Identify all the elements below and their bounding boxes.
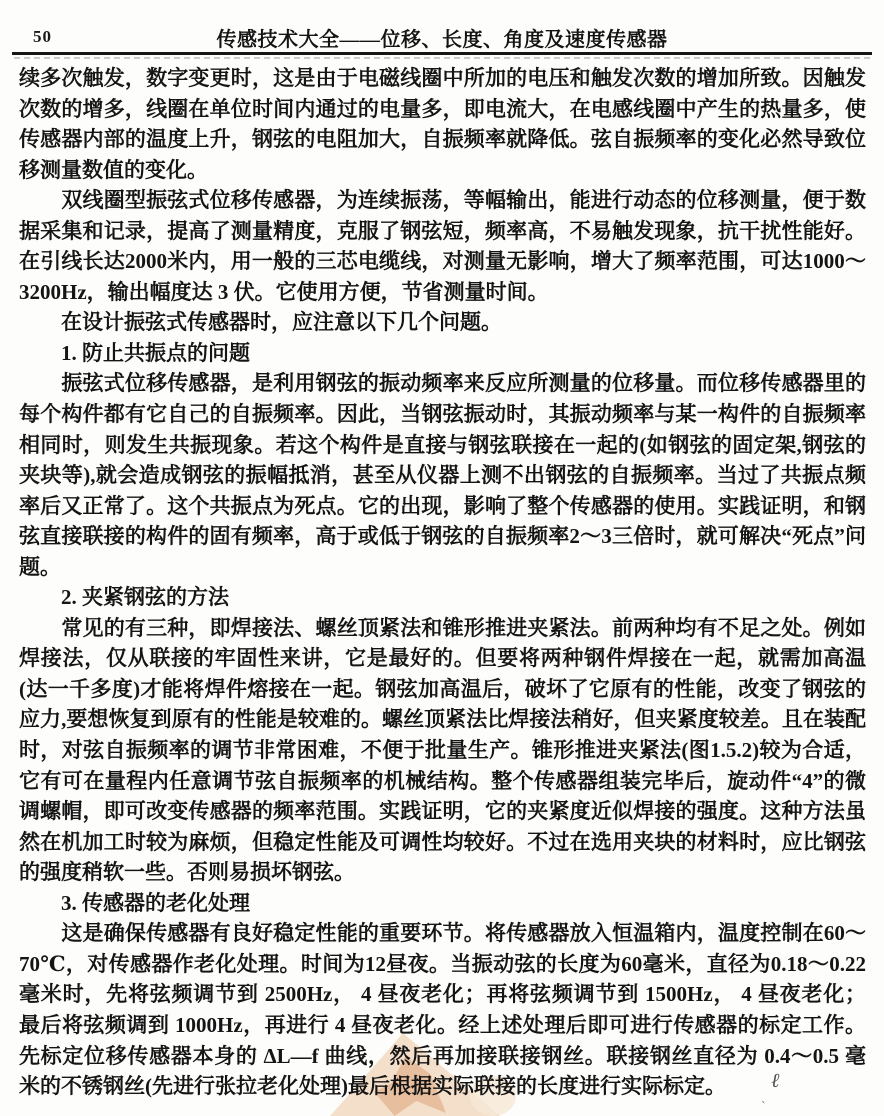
text-line: (达一千多度)才能将焊件熔接在一起。钢弦加高温后，破坏了它原有的性能，改变了钢弦… xyxy=(19,674,866,705)
text-line: 应力,要想恢复到原有的性能是较难的。螺丝顶紧法比焊接法稍好，但夹紧度较差。且在装… xyxy=(19,704,866,735)
page-header: 50 传感技术大全——位移、长度、角度及速度传感器 xyxy=(0,23,884,49)
text-line: 常见的有三种，即焊接法、螺丝顶紧法和锥形推进夹紧法。前两种均有不足之处。例如 xyxy=(19,613,866,644)
speck-artifact-mark: ˋ xyxy=(759,1100,766,1116)
text-line: 最后将弦频调到 1000Hz，再进行 4 昼夜老化。经上述处理后即可进行传感器的… xyxy=(19,1010,866,1041)
text-line: 在引线长达2000米内，用一般的三芯电缆线，对测量无影响，增大了频率范围，可达1… xyxy=(19,246,866,277)
text-line: 据采集和记录，提高了测量精度，克服了钢弦短，频率高，不易触发现象，抗干扰性能好。 xyxy=(19,216,866,247)
text-line: 移测量数值的变化。 xyxy=(19,155,866,186)
text-line: 率后又正常了。这个共振点为死点。它的出现，影响了整个传感器的使用。实践证明，和钢 xyxy=(19,491,866,522)
text-line: 米的不锈钢丝(先进行张拉老化处理)最后根据实际联接的长度进行实际标定。 xyxy=(19,1071,866,1102)
text-line: 续多次触发，数字变更时，这是由于电磁线圈中所加的电压和触发次数的增加所致。因触发 xyxy=(19,63,866,94)
text-line: 的强度稍软一些。否则易损坏钢弦。 xyxy=(19,857,866,888)
text-line: 每个构件都有它自己的自振频率。因此，当钢弦振动时，其振动频率与某一构件的自振频率 xyxy=(19,399,866,430)
scanned-book-page: 50 传感技术大全——位移、长度、角度及速度传感器 续多次触发，数字变更时，这是… xyxy=(0,0,884,1116)
text-line: 相同时，则发生共振现象。若这个构件是直接与钢弦联接在一起的(如钢弦的固定架,钢弦… xyxy=(19,430,866,461)
text-line: 70℃，对传感器作老化处理。时间为12昼夜。当振动弦的长度为60毫米，直径为0.… xyxy=(19,949,866,980)
text-line: 双线圈型振弦式位移传感器，为连续振荡，等幅输出，能进行动态的位移测量，便于数 xyxy=(19,185,866,216)
text-line: 题。 xyxy=(19,552,866,583)
text-line: 振弦式位移传感器，是利用钢弦的振动频率来反应所测量的位移量。而位移传感器里的 xyxy=(19,368,866,399)
text-line: 它有可在量程内任意调节弦自振频率的机械结构。整个传感器组装完毕后，旋动件“4”的… xyxy=(19,766,866,797)
header-rule xyxy=(12,52,872,55)
text-line: 然在机加工时较为麻烦，但稳定性能及可调性均较好。不过在选用夹块的材料时，应比钢弦 xyxy=(19,827,866,858)
text-line: 次数的增多，线圈在单位时间内通过的电量多，即电流大，在电感线圈中产生的热量多，使 xyxy=(19,94,866,125)
text-line: 弦直接联接的构件的固有频率，高于或低于钢弦的自振频率2～3三倍时，就可解决“死点… xyxy=(19,521,866,552)
text-line: 1. 防止共振点的问题 xyxy=(19,338,866,369)
text-line: 时，对弦自振频率的调节非常困难，不便于批量生产。锥形推进夹紧法(图1.5.2)较… xyxy=(19,735,866,766)
header-rule-scan-ghost xyxy=(14,57,870,59)
text-line: 先标定位移传感器本身的 ΔL—f 曲线，然后再加接联接钢丝。联接钢丝直径为 0.… xyxy=(19,1041,866,1072)
text-line: 这是确保传感器有良好稳定性能的重要环节。将传感器放入恒温箱内，温度控制在60～ xyxy=(19,918,866,949)
text-line: 传感器内部的温度上升，钢弦的电阻加大，自振频率就降低。弦自振频率的变化必然导致位 xyxy=(19,124,866,155)
text-line: 夹块等),就会造成钢弦的振幅抵消，甚至从仪器上测不出钢弦的自振频率。当过了共振点… xyxy=(19,460,866,491)
page-body-text: 续多次触发，数字变更时，这是由于电磁线圈中所加的电压和触发次数的增加所致。因触发… xyxy=(19,63,866,1102)
pencil-artifact-mark: ℓ xyxy=(771,1070,779,1093)
text-line: 毫米时，先将弦频调节到 2500Hz， 4 昼夜老化；再将弦频调节到 1500H… xyxy=(19,979,866,1010)
text-line: 在设计振弦式传感器时，应注意以下几个问题。 xyxy=(19,307,866,338)
text-line: 焊接法，仅从联接的牢固性来讲，它是最好的。但要将两种钢件焊接在一起，就需加高温 xyxy=(19,643,866,674)
text-line: 3200Hz，输出幅度达 3 伏。它使用方便，节省测量时间。 xyxy=(19,277,866,308)
running-title: 传感技术大全——位移、长度、角度及速度传感器 xyxy=(0,23,884,52)
text-line: 调螺帽，即可改变传感器的频率范围。实践证明，它的夹紧度近似焊接的强度。这种方法虽 xyxy=(19,796,866,827)
text-line: 3. 传感器的老化处理 xyxy=(19,888,866,919)
text-line: 2. 夹紧钢弦的方法 xyxy=(19,582,866,613)
